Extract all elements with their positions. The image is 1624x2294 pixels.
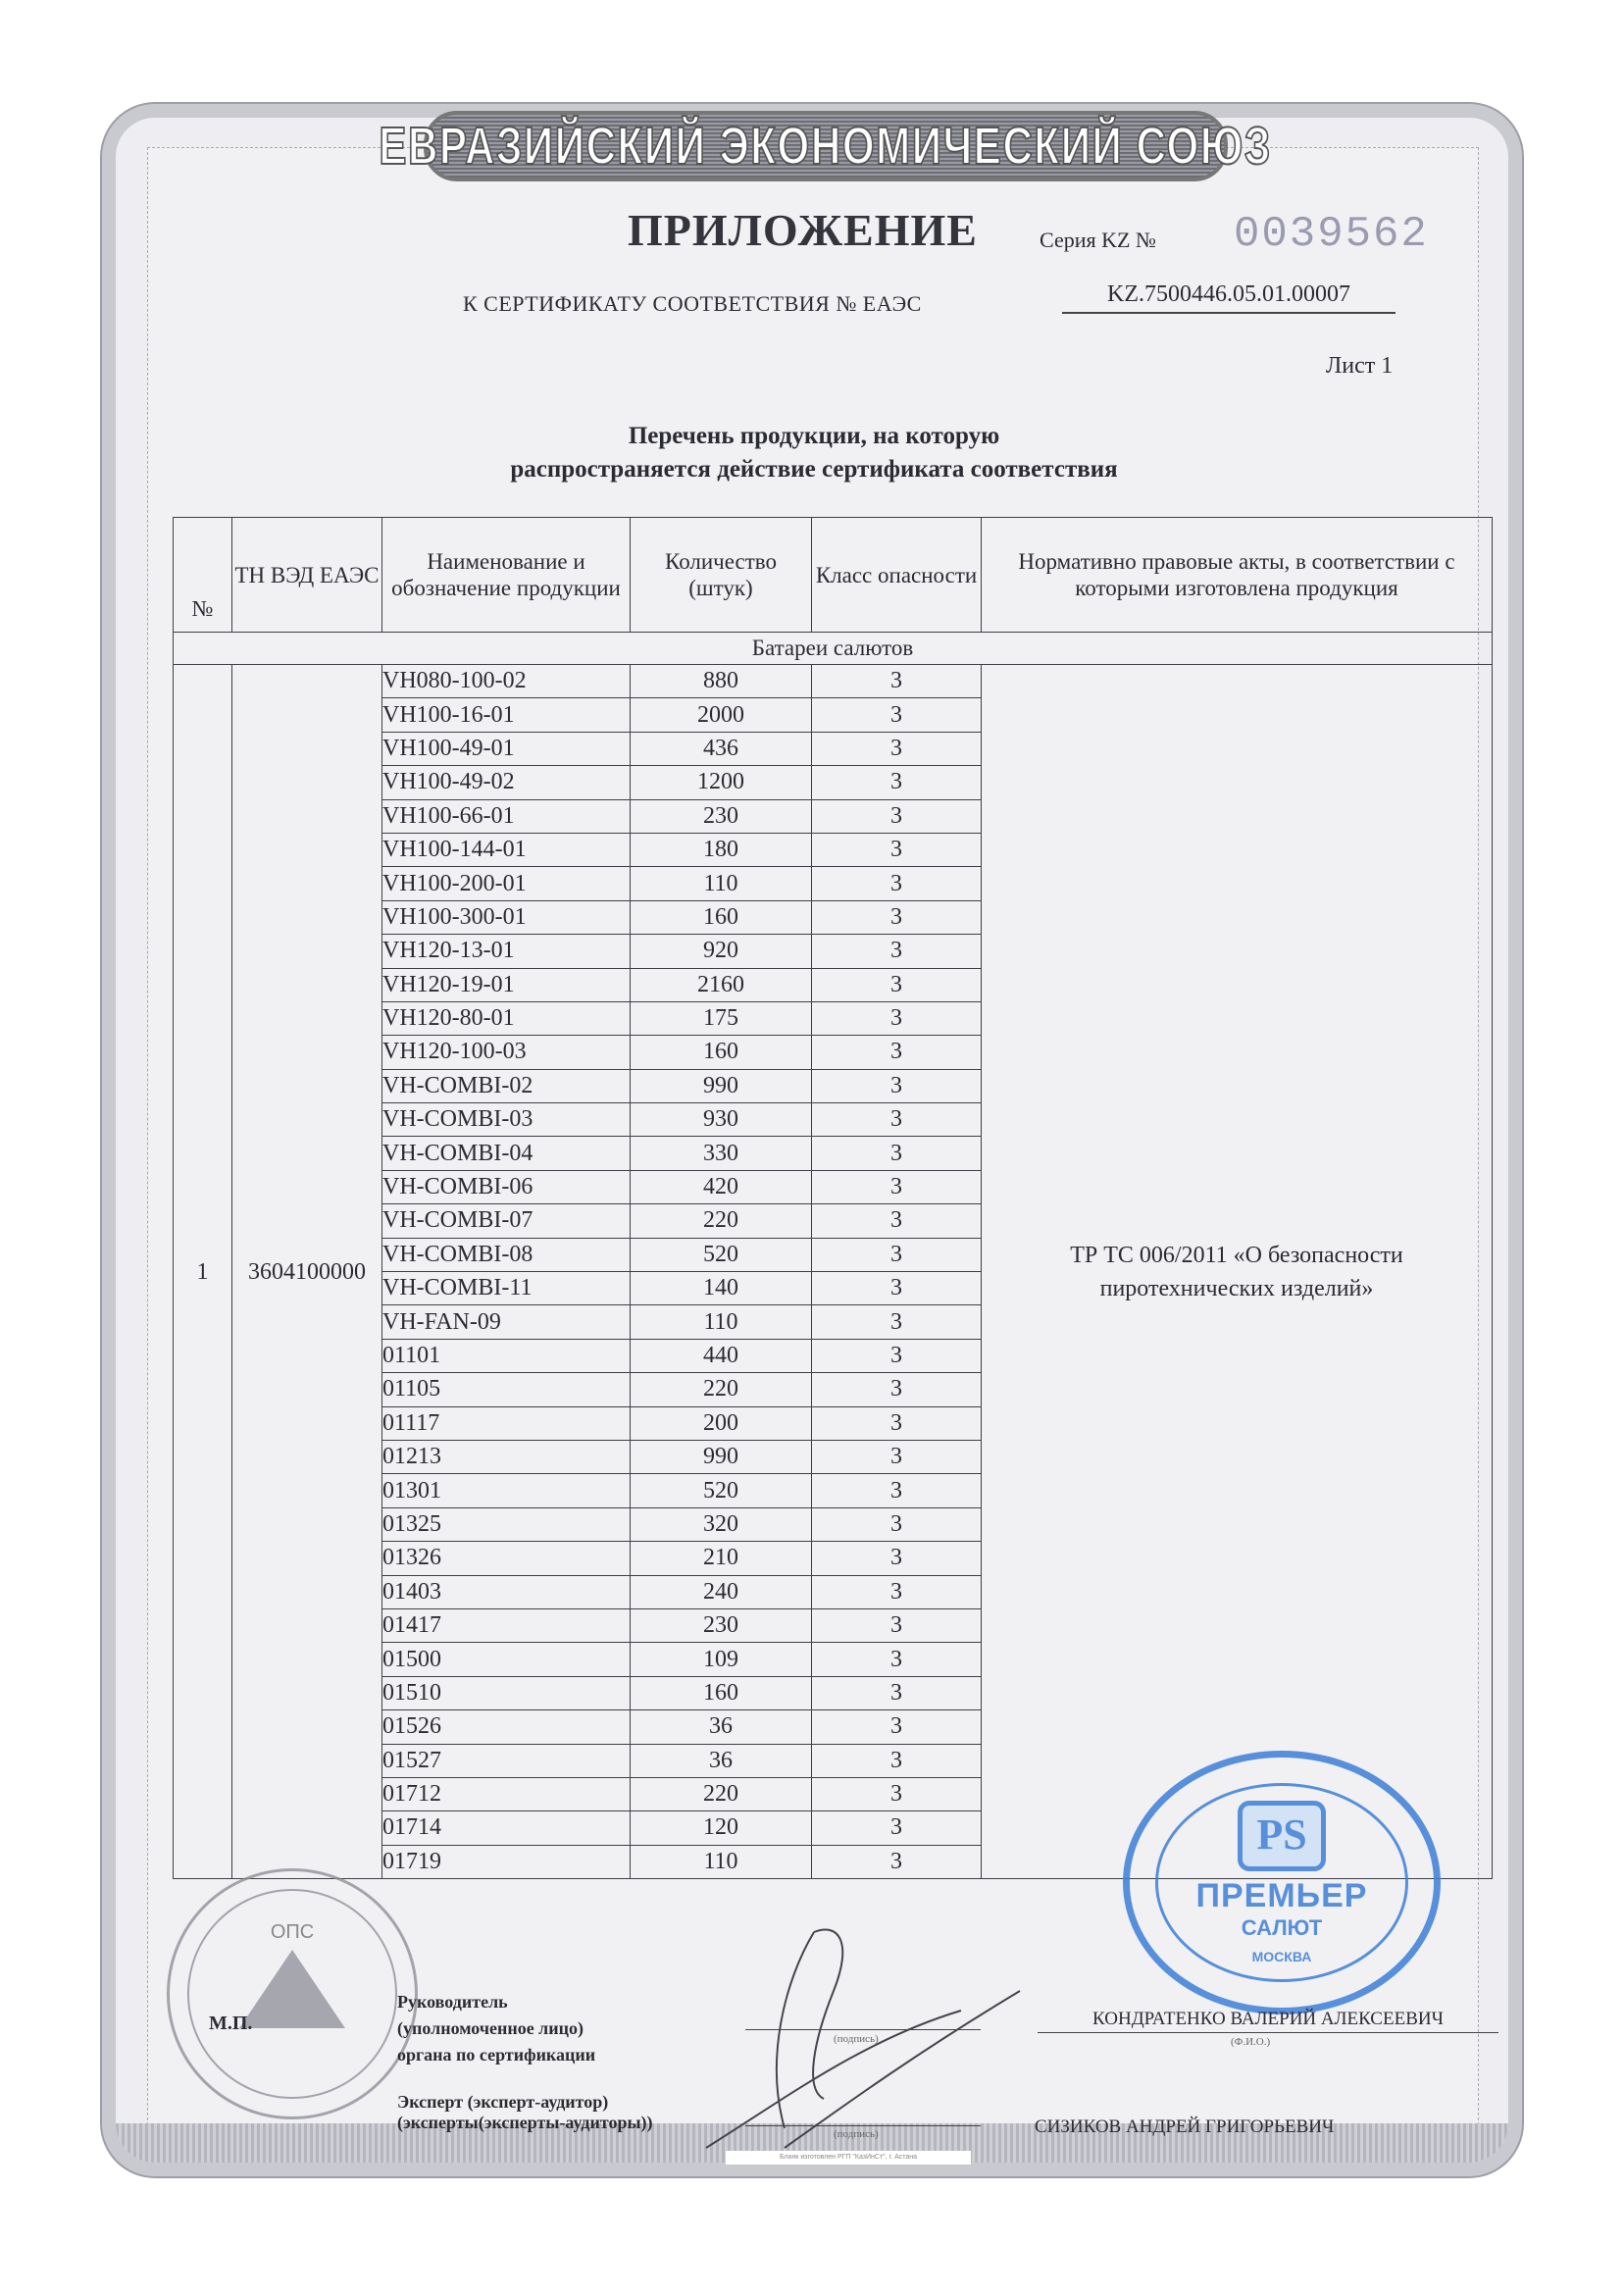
- product-quantity: 36: [631, 1744, 812, 1777]
- product-name: 01712: [382, 1777, 631, 1810]
- product-quantity: 920: [631, 935, 812, 968]
- product-quantity: 240: [631, 1575, 812, 1608]
- product-quantity: 110: [631, 1845, 812, 1878]
- hazard-class: 3: [812, 1845, 982, 1878]
- product-quantity: 160: [631, 1036, 812, 1069]
- expert-role-label: Эксперт (эксперт-аудитор) (эксперты(эксп…: [397, 2092, 653, 2133]
- product-name: 01326: [382, 1542, 631, 1575]
- head-signature-hint: (подпись): [834, 2033, 879, 2045]
- hazard-class: 3: [812, 732, 982, 765]
- product-name: VH-COMBI-04: [382, 1137, 631, 1170]
- product-name: VH120-80-01: [382, 1001, 631, 1035]
- product-name: VH-FAN-09: [382, 1305, 631, 1339]
- product-quantity: 160: [631, 1676, 812, 1709]
- product-quantity: 436: [631, 732, 812, 765]
- hazard-class: 3: [812, 1001, 982, 1035]
- hazard-class: 3: [812, 1474, 982, 1507]
- hazard-class: 3: [812, 1238, 982, 1271]
- hazard-class: 3: [812, 1204, 982, 1238]
- product-quantity: 110: [631, 867, 812, 900]
- regulation-reference: ТР ТС 006/2011 «О безопасностипиротехнич…: [982, 665, 1493, 1879]
- section-title: Батареи салютов: [174, 633, 1493, 665]
- hazard-class: 3: [812, 665, 982, 698]
- column-header-regulations: Нормативно правовые акты, в соответствии…: [982, 518, 1493, 633]
- tn-ved-code: 3604100000: [232, 665, 382, 1879]
- hazard-class: 3: [812, 833, 982, 866]
- list-subtitle: Перечень продукции, на которую распростр…: [422, 420, 1206, 486]
- product-name: 01719: [382, 1845, 631, 1878]
- product-name: 01101: [382, 1339, 631, 1372]
- product-quantity: 110: [631, 1305, 812, 1339]
- product-name: VH120-13-01: [382, 935, 631, 968]
- product-name: VH-COMBI-11: [382, 1272, 631, 1305]
- product-name: 01526: [382, 1710, 631, 1744]
- hazard-class: 3: [812, 1272, 982, 1305]
- product-name: 01117: [382, 1406, 631, 1440]
- certificate-label: К СЕРТИФИКАТУ СООТВЕТСТВИЯ № ЕАЭС: [463, 291, 922, 317]
- product-quantity: 220: [631, 1777, 812, 1810]
- product-quantity: 1200: [631, 766, 812, 799]
- column-header-product-name: Наименование и обозначение продукции: [382, 518, 631, 633]
- product-name: VH100-16-01: [382, 698, 631, 732]
- table-row: 13604100000VH080-100-028803ТР ТС 006/201…: [174, 665, 1493, 698]
- head-full-name: КОНДРАТЕНКО ВАЛЕРИЙ АЛЕКСЕЕВИЧ: [1038, 2009, 1498, 2033]
- banner-text: ЕВРАЗИЙСКИЙ ЭКОНОМИЧЕСКИЙ СОЮЗ: [380, 116, 1272, 177]
- subtitle-line-2: распространяется действие сертификата со…: [422, 453, 1206, 486]
- hazard-class: 3: [812, 799, 982, 833]
- product-quantity: 880: [631, 665, 812, 698]
- product-quantity: 930: [631, 1103, 812, 1137]
- company-stamp: PS ПРЕМЬЕР САЛЮТ МОСКВА: [1123, 1751, 1441, 2014]
- expert-signature-line: [745, 2125, 981, 2126]
- stamp-ring: [1155, 1783, 1408, 1982]
- hazard-class: 3: [812, 1069, 982, 1102]
- hazard-class: 3: [812, 1575, 982, 1608]
- hazard-class: 3: [812, 1170, 982, 1203]
- product-name: VH100-300-01: [382, 900, 631, 934]
- product-name: VH120-19-01: [382, 968, 631, 1001]
- hazard-class: 3: [812, 1811, 982, 1845]
- expert-full-name: СИЗИКОВ АНДРЕЙ ГРИГОРЬЕВИЧ: [1035, 2116, 1334, 2138]
- fio-hint: (Ф.И.О.): [1231, 2036, 1270, 2048]
- row-number: 1: [174, 665, 232, 1879]
- product-name: 01301: [382, 1474, 631, 1507]
- section-row: Батареи салютов: [174, 633, 1493, 665]
- product-name: 01510: [382, 1676, 631, 1709]
- product-quantity: 520: [631, 1474, 812, 1507]
- sheet-number: Лист 1: [1326, 353, 1393, 380]
- product-quantity: 520: [631, 1238, 812, 1271]
- table-header-row: № ТН ВЭД ЕАЭС Наименование и обозначение…: [174, 518, 1493, 633]
- product-name: VH100-49-02: [382, 766, 631, 799]
- product-quantity: 230: [631, 799, 812, 833]
- product-quantity: 230: [631, 1608, 812, 1642]
- hazard-class: 3: [812, 1608, 982, 1642]
- product-quantity: 36: [631, 1710, 812, 1744]
- column-header-quantity: Количество (штук): [631, 518, 812, 633]
- column-header-tn-ved: ТН ВЭД ЕАЭС: [232, 518, 382, 633]
- product-name: 01417: [382, 1608, 631, 1642]
- document-title: ПРИЛОЖЕНИЕ: [628, 204, 978, 256]
- product-quantity: 330: [631, 1137, 812, 1170]
- hazard-class: 3: [812, 698, 982, 732]
- product-name: 01500: [382, 1643, 631, 1676]
- product-quantity: 320: [631, 1507, 812, 1541]
- product-name: 01105: [382, 1373, 631, 1406]
- hazard-class: 3: [812, 1406, 982, 1440]
- hazard-class: 3: [812, 1339, 982, 1372]
- hazard-class: 3: [812, 1744, 982, 1777]
- certificate-number: KZ.7500446.05.01.00007: [1062, 281, 1396, 314]
- product-name: VH-COMBI-07: [382, 1204, 631, 1238]
- product-quantity: 2160: [631, 968, 812, 1001]
- series-label: Серия KZ №: [1040, 228, 1156, 253]
- expert-signature-hint: (подпись): [834, 2128, 879, 2140]
- product-quantity: 440: [631, 1339, 812, 1372]
- product-name: VH100-49-01: [382, 732, 631, 765]
- hazard-class: 3: [812, 867, 982, 900]
- hazard-class: 3: [812, 1036, 982, 1069]
- product-name: VH100-66-01: [382, 799, 631, 833]
- product-quantity: 160: [631, 900, 812, 934]
- product-name: VH-COMBI-06: [382, 1170, 631, 1203]
- product-name: VH080-100-02: [382, 665, 631, 698]
- column-header-number: №: [174, 518, 232, 633]
- column-header-hazard-class: Класс опасности: [812, 518, 982, 633]
- hazard-class: 3: [812, 1440, 982, 1473]
- stamp-inner-ring: [187, 1889, 397, 2099]
- hazard-class: 3: [812, 1643, 982, 1676]
- product-name: 01527: [382, 1744, 631, 1777]
- product-name: 01213: [382, 1440, 631, 1473]
- product-quantity: 140: [631, 1272, 812, 1305]
- products-table: № ТН ВЭД ЕАЭС Наименование и обозначение…: [173, 517, 1493, 1879]
- subtitle-line-1: Перечень продукции, на которую: [422, 420, 1206, 453]
- product-quantity: 180: [631, 833, 812, 866]
- product-quantity: 220: [631, 1373, 812, 1406]
- hazard-class: 3: [812, 968, 982, 1001]
- hazard-class: 3: [812, 1137, 982, 1170]
- product-quantity: 990: [631, 1069, 812, 1102]
- hazard-class: 3: [812, 766, 982, 799]
- product-name: VH100-200-01: [382, 867, 631, 900]
- hazard-class: 3: [812, 1542, 982, 1575]
- hazard-class: 3: [812, 900, 982, 934]
- seal-place-label: М.П.: [209, 2013, 252, 2035]
- product-quantity: 109: [631, 1643, 812, 1676]
- product-quantity: 420: [631, 1170, 812, 1203]
- product-quantity: 120: [631, 1811, 812, 1845]
- handwritten-signature: [667, 1903, 1040, 2158]
- head-signature-line: [745, 2029, 981, 2030]
- hazard-class: 3: [812, 1373, 982, 1406]
- product-name: VH100-144-01: [382, 833, 631, 866]
- product-name: 01403: [382, 1575, 631, 1608]
- product-quantity: 210: [631, 1542, 812, 1575]
- product-name: 01325: [382, 1507, 631, 1541]
- product-name: VH120-100-03: [382, 1036, 631, 1069]
- hazard-class: 3: [812, 1710, 982, 1744]
- series-number: 0039562: [1234, 210, 1429, 259]
- eaeu-banner: ЕВРАЗИЙСКИЙ ЭКОНОМИЧЕСКИЙ СОЮЗ: [424, 111, 1228, 181]
- hazard-class: 3: [812, 1507, 982, 1541]
- hazard-class: 3: [812, 935, 982, 968]
- product-name: VH-COMBI-03: [382, 1103, 631, 1137]
- product-quantity: 175: [631, 1001, 812, 1035]
- product-quantity: 200: [631, 1406, 812, 1440]
- certification-body-stamp: ОПС: [167, 1868, 418, 2119]
- product-name: VH-COMBI-08: [382, 1238, 631, 1271]
- hazard-class: 3: [812, 1103, 982, 1137]
- hazard-class: 3: [812, 1777, 982, 1810]
- product-name: 01714: [382, 1811, 631, 1845]
- product-quantity: 990: [631, 1440, 812, 1473]
- head-role-label: Руководитель (уполномоченное лицо) орган…: [397, 1989, 595, 2068]
- product-quantity: 220: [631, 1204, 812, 1238]
- product-quantity: 2000: [631, 698, 812, 732]
- product-name: VH-COMBI-02: [382, 1069, 631, 1102]
- hazard-class: 3: [812, 1676, 982, 1709]
- hazard-class: 3: [812, 1305, 982, 1339]
